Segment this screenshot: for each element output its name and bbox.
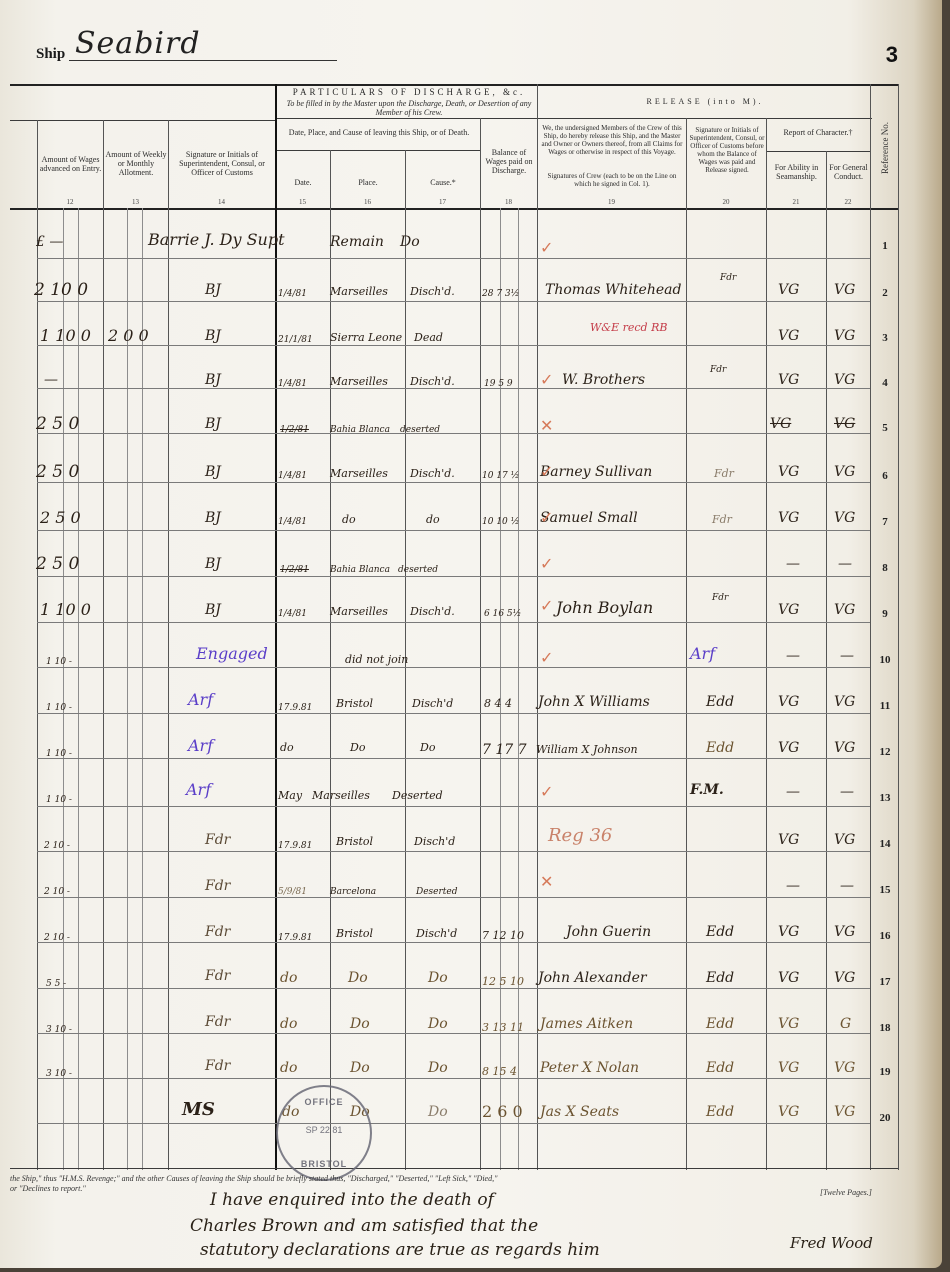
date: 1/4/81	[278, 604, 307, 624]
cause: Disch'd	[414, 832, 455, 852]
release-official: Edd	[706, 692, 734, 712]
place: Remain	[330, 232, 384, 252]
release-title: RELEASE (into M).	[540, 97, 870, 106]
col-number: 16	[330, 198, 405, 206]
date: 1/4/81	[278, 466, 307, 486]
col16-header: Place.	[332, 178, 404, 187]
official-signature: Fdr	[205, 1012, 230, 1032]
col-subline	[78, 208, 79, 1170]
crew-signature: Jas X Seats	[540, 1102, 619, 1122]
wages-advanced: 2 10 0	[34, 280, 88, 300]
check-mark-icon: ✓	[540, 648, 553, 668]
date: do	[280, 1058, 297, 1078]
cause: Disch'd	[416, 924, 457, 944]
ability-rating: VG	[778, 462, 799, 482]
official-signature: BJ	[205, 554, 221, 574]
reference-number: 18	[872, 1022, 898, 1034]
place: Marseilles	[312, 786, 370, 806]
wages-advanced: 3 10 -	[46, 1064, 72, 1084]
date: 1/4/81	[278, 374, 307, 394]
header-divider	[275, 118, 541, 119]
official-signature: Fdr	[205, 830, 230, 850]
date: 17.9.81	[278, 928, 312, 948]
header-divider	[537, 118, 872, 119]
official-signature: Fdr	[205, 966, 230, 986]
row-line	[37, 258, 870, 259]
cause: Disch'd.	[410, 282, 455, 302]
date: 1/4/81	[278, 284, 307, 304]
header-divider	[275, 150, 480, 151]
official-signature: BJ	[205, 280, 221, 300]
reference-number: 16	[872, 930, 898, 942]
balance: 8 4 4	[484, 694, 512, 714]
reference-number: 15	[872, 884, 898, 896]
conduct-rating: VG	[834, 414, 855, 434]
place: Bristol	[336, 832, 373, 852]
conduct-rating: G	[840, 1014, 851, 1034]
balance: 10 10 ½	[482, 512, 519, 532]
col-line	[480, 118, 481, 1170]
conduct-rating: VG	[834, 1058, 855, 1078]
balance: 10 17 ½	[482, 466, 519, 486]
header-divider	[10, 120, 275, 121]
table-bottom-border	[10, 1168, 898, 1169]
place: Bahia Blanca	[330, 560, 390, 580]
cross-mark-icon: ✕	[540, 416, 553, 436]
row-line	[37, 1033, 870, 1034]
crew-signature: Thomas Whitehead	[545, 280, 681, 300]
check-mark-icon: ✓	[540, 554, 553, 574]
crew-signature: W&E recd RB	[590, 318, 667, 338]
wages-advanced: 2 5 0	[36, 554, 79, 574]
ability-rating: —	[786, 646, 800, 666]
official-signature: Arf	[188, 690, 213, 710]
crew-signature: W. Brothers	[562, 370, 645, 390]
date: 1/2/81	[280, 560, 309, 580]
col18-header: Balance of Wages paid on Discharge.	[482, 148, 536, 175]
release-official: Fdr	[712, 510, 732, 530]
col-line	[766, 118, 767, 1170]
col21-header: For Ability in Seamanship.	[768, 163, 825, 181]
reference-number: 6	[872, 470, 898, 482]
check-mark-icon: ✓	[540, 508, 553, 528]
col-number: 22	[826, 198, 870, 206]
col19-header-2: Signatures of Crew (each to be on the Li…	[540, 172, 684, 188]
release-official: Fdr	[710, 360, 726, 380]
ability-rating: VG	[778, 600, 799, 620]
date: 1/2/81	[280, 420, 309, 440]
col-number: 14	[168, 198, 275, 206]
official-signature: BJ	[205, 508, 221, 528]
row-line	[37, 988, 870, 989]
wages-advanced: 1 10 -	[46, 652, 72, 672]
handwritten-note-line: statutory declarations are true as regar…	[200, 1240, 600, 1260]
balance: 3 13 11	[482, 1018, 524, 1038]
handwritten-note-line: Charles Brown and am satisfied that the	[190, 1216, 538, 1236]
cause: Do	[420, 738, 435, 758]
conduct-rating: VG	[834, 370, 855, 390]
official-signature: Engaged	[196, 644, 268, 664]
cause: Do	[428, 968, 448, 988]
place: Marseilles	[330, 372, 388, 392]
release-official: Edd	[706, 922, 734, 942]
check-mark-icon: ✓	[540, 238, 553, 258]
place: Marseilles	[330, 602, 388, 622]
conduct-rating: —	[840, 876, 854, 896]
ability-rating: VG	[778, 1102, 799, 1122]
crew-signature: John Guerin	[566, 922, 651, 942]
date: 17.9.81	[278, 836, 312, 856]
check-mark-icon: ✓	[540, 462, 553, 482]
place: Marseilles	[330, 464, 388, 484]
balance: 7 17 7	[482, 740, 527, 760]
release-official: Edd	[706, 738, 734, 758]
row-line	[37, 1078, 870, 1079]
reference-number: 11	[872, 700, 898, 712]
place: Do	[350, 738, 365, 758]
document-page: Ship Seabird 3 PARTICULARS OF DISCHARGE,	[0, 0, 942, 1268]
conduct-rating: VG	[834, 922, 855, 942]
place: did not join	[345, 650, 408, 670]
place: Barcelona	[330, 882, 376, 902]
col22-header: For General Conduct.	[828, 163, 869, 181]
row-line	[37, 758, 870, 759]
ability-rating: VG	[778, 370, 799, 390]
conduct-rating: VG	[834, 738, 855, 758]
check-mark-icon: ✓	[540, 596, 553, 616]
conduct-rating: VG	[834, 326, 855, 346]
row-line	[37, 806, 870, 807]
conduct-rating: —	[840, 646, 854, 666]
wages-advanced: 2 5 0	[40, 508, 81, 528]
wages-advanced: 1 10 -	[46, 790, 72, 810]
col12-header: Amount of Wages advanced on Entry.	[39, 155, 102, 173]
reference-number: 2	[872, 287, 898, 299]
place: Do	[350, 1014, 370, 1034]
wages-advanced: 5 5 -	[46, 974, 66, 994]
release-official: F.M.	[690, 780, 724, 800]
place: do	[342, 510, 356, 530]
reference-number: 3	[872, 332, 898, 344]
character-report-header: Report of Character.†	[768, 128, 868, 137]
balance: 6 16 5½	[484, 604, 521, 624]
ability-rating: —	[786, 782, 800, 802]
header-divider	[766, 151, 870, 152]
ability-rating: VG	[778, 508, 799, 528]
conduct-rating: VG	[834, 1102, 855, 1122]
ability-rating: —	[786, 554, 800, 574]
date: 21/1/81	[278, 330, 313, 350]
cause: Do	[428, 1058, 448, 1078]
conduct-rating: VG	[834, 508, 855, 528]
col13-header: Amount of Weekly or Monthly Allotment.	[105, 150, 167, 177]
cause: deserted	[400, 420, 440, 440]
cause: Do	[428, 1014, 448, 1034]
col20-header: Signature or Initials of Superintendent,…	[689, 126, 765, 174]
crew-discharge-table: PARTICULARS OF DISCHARGE, &c. To be fill…	[0, 0, 950, 1272]
allotment: 2 0 0	[108, 326, 149, 346]
col-number: 18	[480, 198, 537, 206]
crew-signature: John Alexander	[538, 968, 647, 988]
wages-advanced: 1 10 0	[40, 326, 91, 346]
col15-header: Date.	[277, 178, 329, 187]
col-line	[103, 120, 104, 1170]
reference-number: 5	[872, 422, 898, 434]
crew-signature: Barney Sullivan	[540, 462, 652, 482]
crew-signature: Peter X Nolan	[540, 1058, 639, 1078]
row-line	[37, 713, 870, 714]
row-line	[37, 433, 870, 434]
balance: 12 5 10	[482, 972, 524, 992]
official-signature: BJ	[205, 414, 221, 434]
handwritten-signature: Fred Wood	[790, 1234, 873, 1252]
cause: deserted	[398, 560, 438, 580]
cause: Disch'd.	[410, 372, 455, 392]
crew-signature: James Aitken	[540, 1014, 633, 1034]
row-line	[37, 530, 870, 531]
col17-header: Cause.*	[407, 178, 479, 187]
reference-number: 8	[872, 562, 898, 574]
wages-advanced: 1 10 -	[46, 698, 72, 718]
reference-number: 1	[872, 240, 898, 252]
postmark-stamp: OFFICE SP 22 81 BRISTOL	[276, 1085, 372, 1181]
pages-note: [Twelve Pages.]	[820, 1188, 872, 1197]
conduct-rating: —	[840, 782, 854, 802]
row-line	[37, 576, 870, 577]
place: Bristol	[336, 924, 373, 944]
cause: Disch'd.	[410, 602, 455, 622]
date: 5/9/81	[278, 882, 307, 902]
official-signature: BJ	[205, 326, 221, 346]
conduct-rating: VG	[834, 692, 855, 712]
col-line	[870, 84, 871, 1170]
official-signature: Fdr	[205, 876, 230, 896]
reference-number: 17	[872, 976, 898, 988]
date: do	[280, 1014, 297, 1034]
col-number: 20	[686, 198, 766, 206]
ability-rating: VG	[778, 280, 799, 300]
particulars-subtitle: To be filled in by the Master upon the D…	[278, 99, 540, 117]
official-signature: Fdr	[205, 1056, 230, 1076]
date: May	[278, 786, 302, 806]
wages-advanced: £ —	[36, 232, 63, 252]
reference-number: 19	[872, 1066, 898, 1078]
crew-signature: William X Johnson	[536, 740, 638, 760]
balance: 7 12 10	[482, 926, 524, 946]
check-mark-icon: ✓	[540, 370, 553, 390]
wages-advanced: 2 10 -	[44, 928, 70, 948]
release-official: Fdr	[712, 588, 728, 608]
cause: Disch'd.	[410, 464, 455, 484]
ability-rating: VG	[778, 830, 799, 850]
col-line	[826, 151, 827, 1170]
official-signature: Arf	[188, 736, 213, 756]
col-number: 17	[405, 198, 480, 206]
balance: 2 6 0	[482, 1102, 523, 1122]
release-official: Edd	[706, 1058, 734, 1078]
row-line	[37, 667, 870, 668]
official-signature: MS	[182, 1100, 215, 1120]
conduct-rating: VG	[834, 830, 855, 850]
reference-number: 10	[872, 654, 898, 666]
wages-advanced: 2 10 -	[44, 882, 70, 902]
conduct-rating: VG	[834, 462, 855, 482]
row-line	[37, 345, 870, 346]
date: do	[280, 738, 294, 758]
header-bottom-border	[10, 208, 898, 210]
table-right-border	[898, 84, 899, 1170]
crew-signature: Samuel Small	[540, 508, 638, 528]
wages-advanced: 2 5 0	[36, 414, 79, 434]
release-official: Fdr	[714, 464, 734, 484]
ability-rating: VG	[778, 922, 799, 942]
place: Bahia Blanca	[330, 420, 390, 440]
release-official: Arf	[690, 644, 715, 664]
reference-number: 12	[872, 746, 898, 758]
reference-number: 14	[872, 838, 898, 850]
official-signature: BJ	[205, 462, 221, 482]
conduct-rating: —	[838, 554, 852, 574]
col-number: 12	[37, 198, 103, 206]
col-line	[537, 84, 538, 1170]
col-number: 15	[275, 198, 330, 206]
balance: 19 5 9	[484, 374, 513, 394]
release-official: Edd	[706, 1014, 734, 1034]
official-signature: Arf	[186, 780, 211, 800]
ability-rating: —	[786, 876, 800, 896]
row-line	[37, 1123, 870, 1124]
cause: Do	[428, 1102, 448, 1122]
col14-header: Signature or Initials of Superintendent,…	[172, 150, 272, 177]
balance: 8 15 4	[482, 1062, 517, 1082]
ability-rating: VG	[778, 326, 799, 346]
reference-number: 9	[872, 608, 898, 620]
wages-advanced: 2 10 -	[44, 836, 70, 856]
wages-advanced: 3 10 -	[46, 1020, 72, 1040]
reference-number: 20	[872, 1112, 898, 1124]
wages-advanced: 1 10 -	[46, 744, 72, 764]
release-official: Fdr	[720, 268, 736, 288]
reference-no-header: Reference No.	[872, 100, 898, 195]
table-top-border	[10, 84, 898, 86]
ability-rating: VG	[778, 738, 799, 758]
col-subline	[127, 208, 128, 1170]
ability-rating: VG	[770, 414, 791, 434]
col19-header: We, the undersigned Members of the Crew …	[540, 124, 684, 156]
col-number: 19	[537, 198, 686, 206]
release-official: Edd	[706, 968, 734, 988]
conduct-rating: VG	[834, 600, 855, 620]
official-signature: Fdr	[205, 922, 230, 942]
handwritten-note-line: I have enquired into the death of	[210, 1190, 494, 1210]
official-signature: Barrie J. Dy Supt	[148, 230, 285, 250]
balance: 28 7 3½	[482, 284, 519, 304]
cause: Disch'd	[412, 694, 453, 714]
cause: do	[426, 510, 440, 530]
cause: Deserted	[416, 882, 458, 902]
wages-advanced: 1 10 0	[40, 600, 91, 620]
row-line	[37, 622, 870, 623]
col-number: 13	[103, 198, 168, 206]
wages-advanced: —	[44, 370, 58, 390]
cause: Dead	[414, 328, 443, 348]
wages-advanced: 2 5 0	[36, 462, 79, 482]
reference-number: 7	[872, 516, 898, 528]
official-signature: BJ	[205, 600, 221, 620]
ability-rating: VG	[778, 968, 799, 988]
ability-rating: VG	[778, 692, 799, 712]
col-line	[168, 120, 169, 1170]
date: do	[280, 968, 297, 988]
col-line	[330, 150, 331, 1170]
release-official: Edd	[706, 1102, 734, 1122]
date: 17.9.81	[278, 698, 312, 718]
ability-rating: VG	[778, 1058, 799, 1078]
check-mark-icon: ✓	[540, 782, 553, 802]
particulars-title: PARTICULARS OF DISCHARGE, &c.	[278, 88, 540, 97]
conduct-rating: VG	[834, 280, 855, 300]
cause: Deserted	[392, 786, 443, 806]
reference-number: 13	[872, 792, 898, 804]
col-line	[37, 120, 38, 1170]
date-place-cause-header: Date, Place, and Cause of leaving this S…	[280, 128, 478, 137]
place: Do	[348, 968, 368, 988]
conduct-rating: VG	[834, 968, 855, 988]
place: Marseilles	[330, 282, 388, 302]
col-line	[686, 118, 687, 1170]
ability-rating: VG	[778, 1014, 799, 1034]
cause: Do	[400, 232, 420, 252]
crew-signature: Reg 36	[548, 826, 612, 846]
place: Sierra Leone	[330, 328, 402, 348]
cross-mark-icon: ✕	[540, 872, 553, 892]
crew-signature: John X Williams	[538, 692, 650, 712]
crew-signature: John Boylan	[556, 598, 653, 618]
official-signature: BJ	[205, 370, 221, 390]
col-subline	[142, 208, 143, 1170]
date: 1/4/81	[278, 512, 307, 532]
reference-number: 4	[872, 377, 898, 389]
place: Do	[350, 1058, 370, 1078]
col-number: 21	[766, 198, 826, 206]
place: Bristol	[336, 694, 373, 714]
